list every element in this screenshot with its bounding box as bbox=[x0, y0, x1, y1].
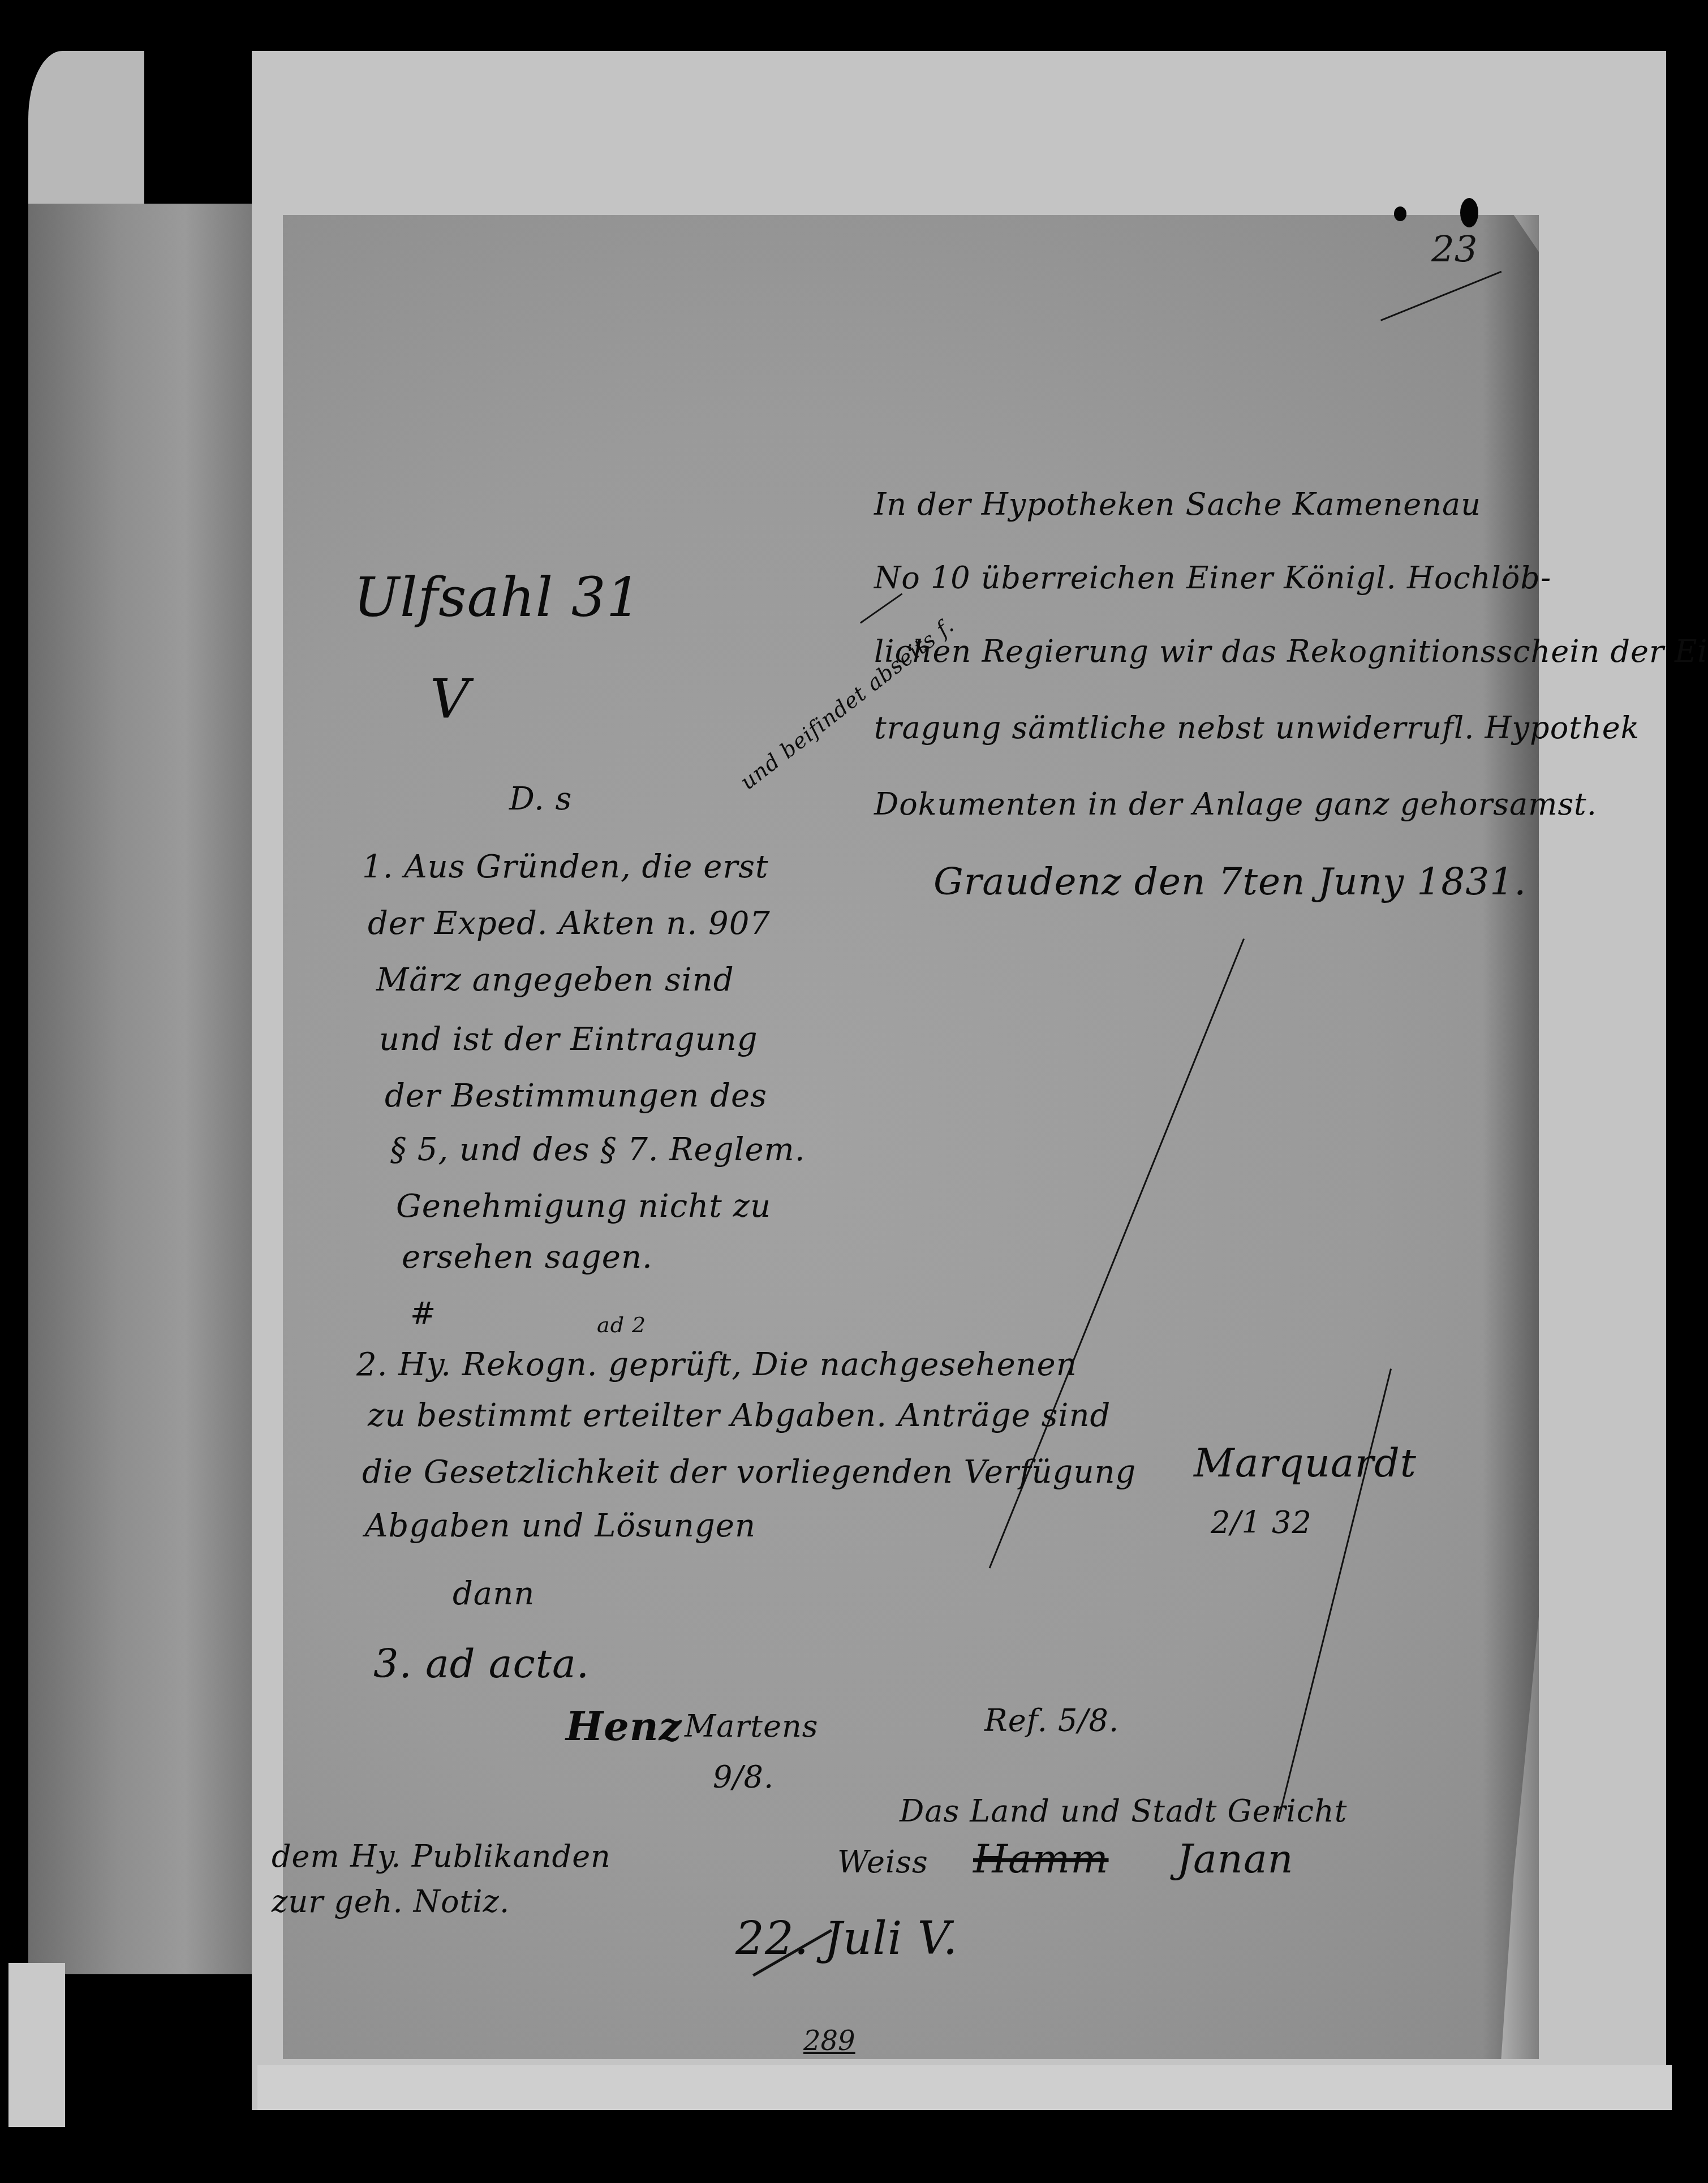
ink-blot bbox=[1460, 198, 1478, 227]
item1-line-3: März angegeben sind bbox=[376, 962, 734, 998]
folio-number: 23 bbox=[1431, 229, 1477, 271]
court-name: Das Land und Stadt Gericht bbox=[900, 1793, 1347, 1829]
bottom-date: 22. Juli V. bbox=[735, 1912, 958, 1965]
item3-above: dann bbox=[453, 1575, 535, 1612]
bottom-note-line-1: dem Hy. Publikanden bbox=[272, 1838, 611, 1874]
item2-line-1: 2. Hy. Rekogn. geprüft, Die nachgesehene… bbox=[356, 1346, 1077, 1383]
item2-signature-date: 2/1 32 bbox=[1211, 1505, 1312, 1540]
item2-mark: # bbox=[410, 1295, 436, 1331]
main-text-line-2: No 10 überreichen Einer Königl. Hochlöb- bbox=[874, 560, 1551, 596]
initials-signature: Henz bbox=[566, 1703, 682, 1750]
item2-superscript: ad 2 bbox=[597, 1312, 646, 1337]
item1-line-8: ersehen sagen. bbox=[402, 1239, 653, 1276]
main-text-line-4: tragung sämtliche nebst unwiderrufl. Hyp… bbox=[874, 710, 1640, 746]
initials-note: Martens bbox=[685, 1708, 818, 1744]
signature-prefix: Weiss bbox=[837, 1844, 928, 1880]
main-text-line-1: In der Hypotheken Sache Kamenenau bbox=[874, 486, 1481, 522]
item1-line-1: 1. Aus Gründen, die erst bbox=[362, 849, 768, 885]
item1-line-7: Genehmigung nicht zu bbox=[396, 1188, 771, 1225]
item1-line-5: der Bestimmungen des bbox=[385, 1078, 767, 1114]
left-heading: Ulfsahl 31 bbox=[354, 566, 642, 629]
left-strip-bottom-edge bbox=[8, 1963, 65, 2127]
item2-signature: Marquardt bbox=[1194, 1440, 1417, 1486]
initials-date: 9/8. bbox=[713, 1759, 774, 1795]
left-binding-strip bbox=[28, 204, 252, 1974]
item1-line-6: § 5, und des § 7. Reglem. bbox=[390, 1131, 805, 1168]
court-signature: Janan bbox=[1177, 1836, 1294, 1882]
item2-line-3: die Gesetzlichkeit der vorliegenden Verf… bbox=[362, 1454, 1136, 1491]
backing-sheet-bottom-edge bbox=[257, 2065, 1672, 2110]
reference-note: Ref. 5/8. bbox=[984, 1703, 1119, 1738]
item1-line-2: der Exped. Akten n. 907 bbox=[368, 905, 771, 942]
main-text-line-3: lichen Regierung wir das Rekognitionssch… bbox=[874, 634, 1708, 669]
left-heading-sub: V bbox=[430, 668, 470, 731]
item3-line: 3. ad acta. bbox=[373, 1641, 590, 1687]
item1-above: D. s bbox=[509, 781, 572, 817]
place-date: Graudenz den 7ten Juny 1831. bbox=[933, 860, 1526, 903]
item2-line-4: Abgaben und Lösungen bbox=[365, 1508, 756, 1544]
page-edge-shadow bbox=[1482, 215, 1539, 2059]
main-text-line-5: Dokumenten in der Anlage ganz gehorsamst… bbox=[874, 786, 1597, 822]
struck-signature: Hamm bbox=[973, 1836, 1109, 1882]
stamp-number: 289 bbox=[803, 2025, 855, 2057]
item2-line-2: zu bestimmt erteilter Abgaben. Anträge s… bbox=[368, 1397, 1111, 1434]
bottom-note-line-2: zur geh. Notiz. bbox=[272, 1884, 510, 1919]
left-binding-strip-top bbox=[28, 51, 144, 209]
ink-blot bbox=[1394, 206, 1406, 221]
item1-line-4: und ist der Eintragung bbox=[379, 1021, 758, 1058]
